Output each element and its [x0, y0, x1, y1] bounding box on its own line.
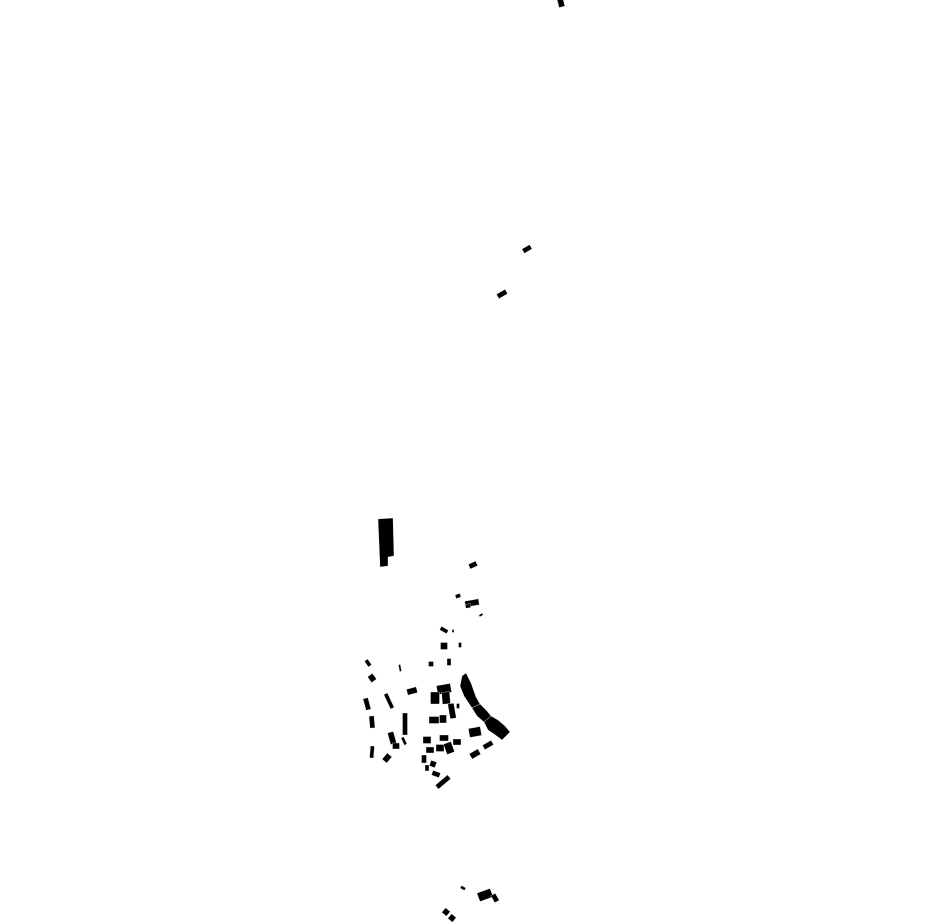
building-footprint — [440, 715, 447, 723]
building-footprint — [442, 692, 451, 705]
building-footprint — [369, 716, 375, 728]
building-footprint — [425, 765, 429, 771]
building-footprint — [468, 727, 481, 738]
map-background — [0, 0, 930, 924]
building-footprint — [423, 737, 431, 744]
building-footprint — [457, 704, 460, 709]
building-footprint — [370, 746, 375, 758]
building-footprint — [453, 739, 461, 745]
building-footprint — [465, 604, 471, 609]
building-footprint — [393, 743, 400, 749]
building-footprint — [403, 713, 408, 735]
building-footprint — [426, 747, 434, 753]
building-footprint — [429, 717, 439, 724]
building-footprint — [441, 643, 448, 650]
building-footprint-map[interactable] — [0, 0, 930, 924]
building-footprint — [452, 630, 454, 633]
building-footprint — [436, 745, 444, 752]
building-footprint — [459, 643, 462, 648]
building-footprint — [440, 735, 449, 741]
building-footprint — [447, 659, 451, 666]
building-footprint — [422, 755, 427, 763]
building-footprint — [431, 692, 440, 704]
building-footprint — [429, 662, 434, 667]
